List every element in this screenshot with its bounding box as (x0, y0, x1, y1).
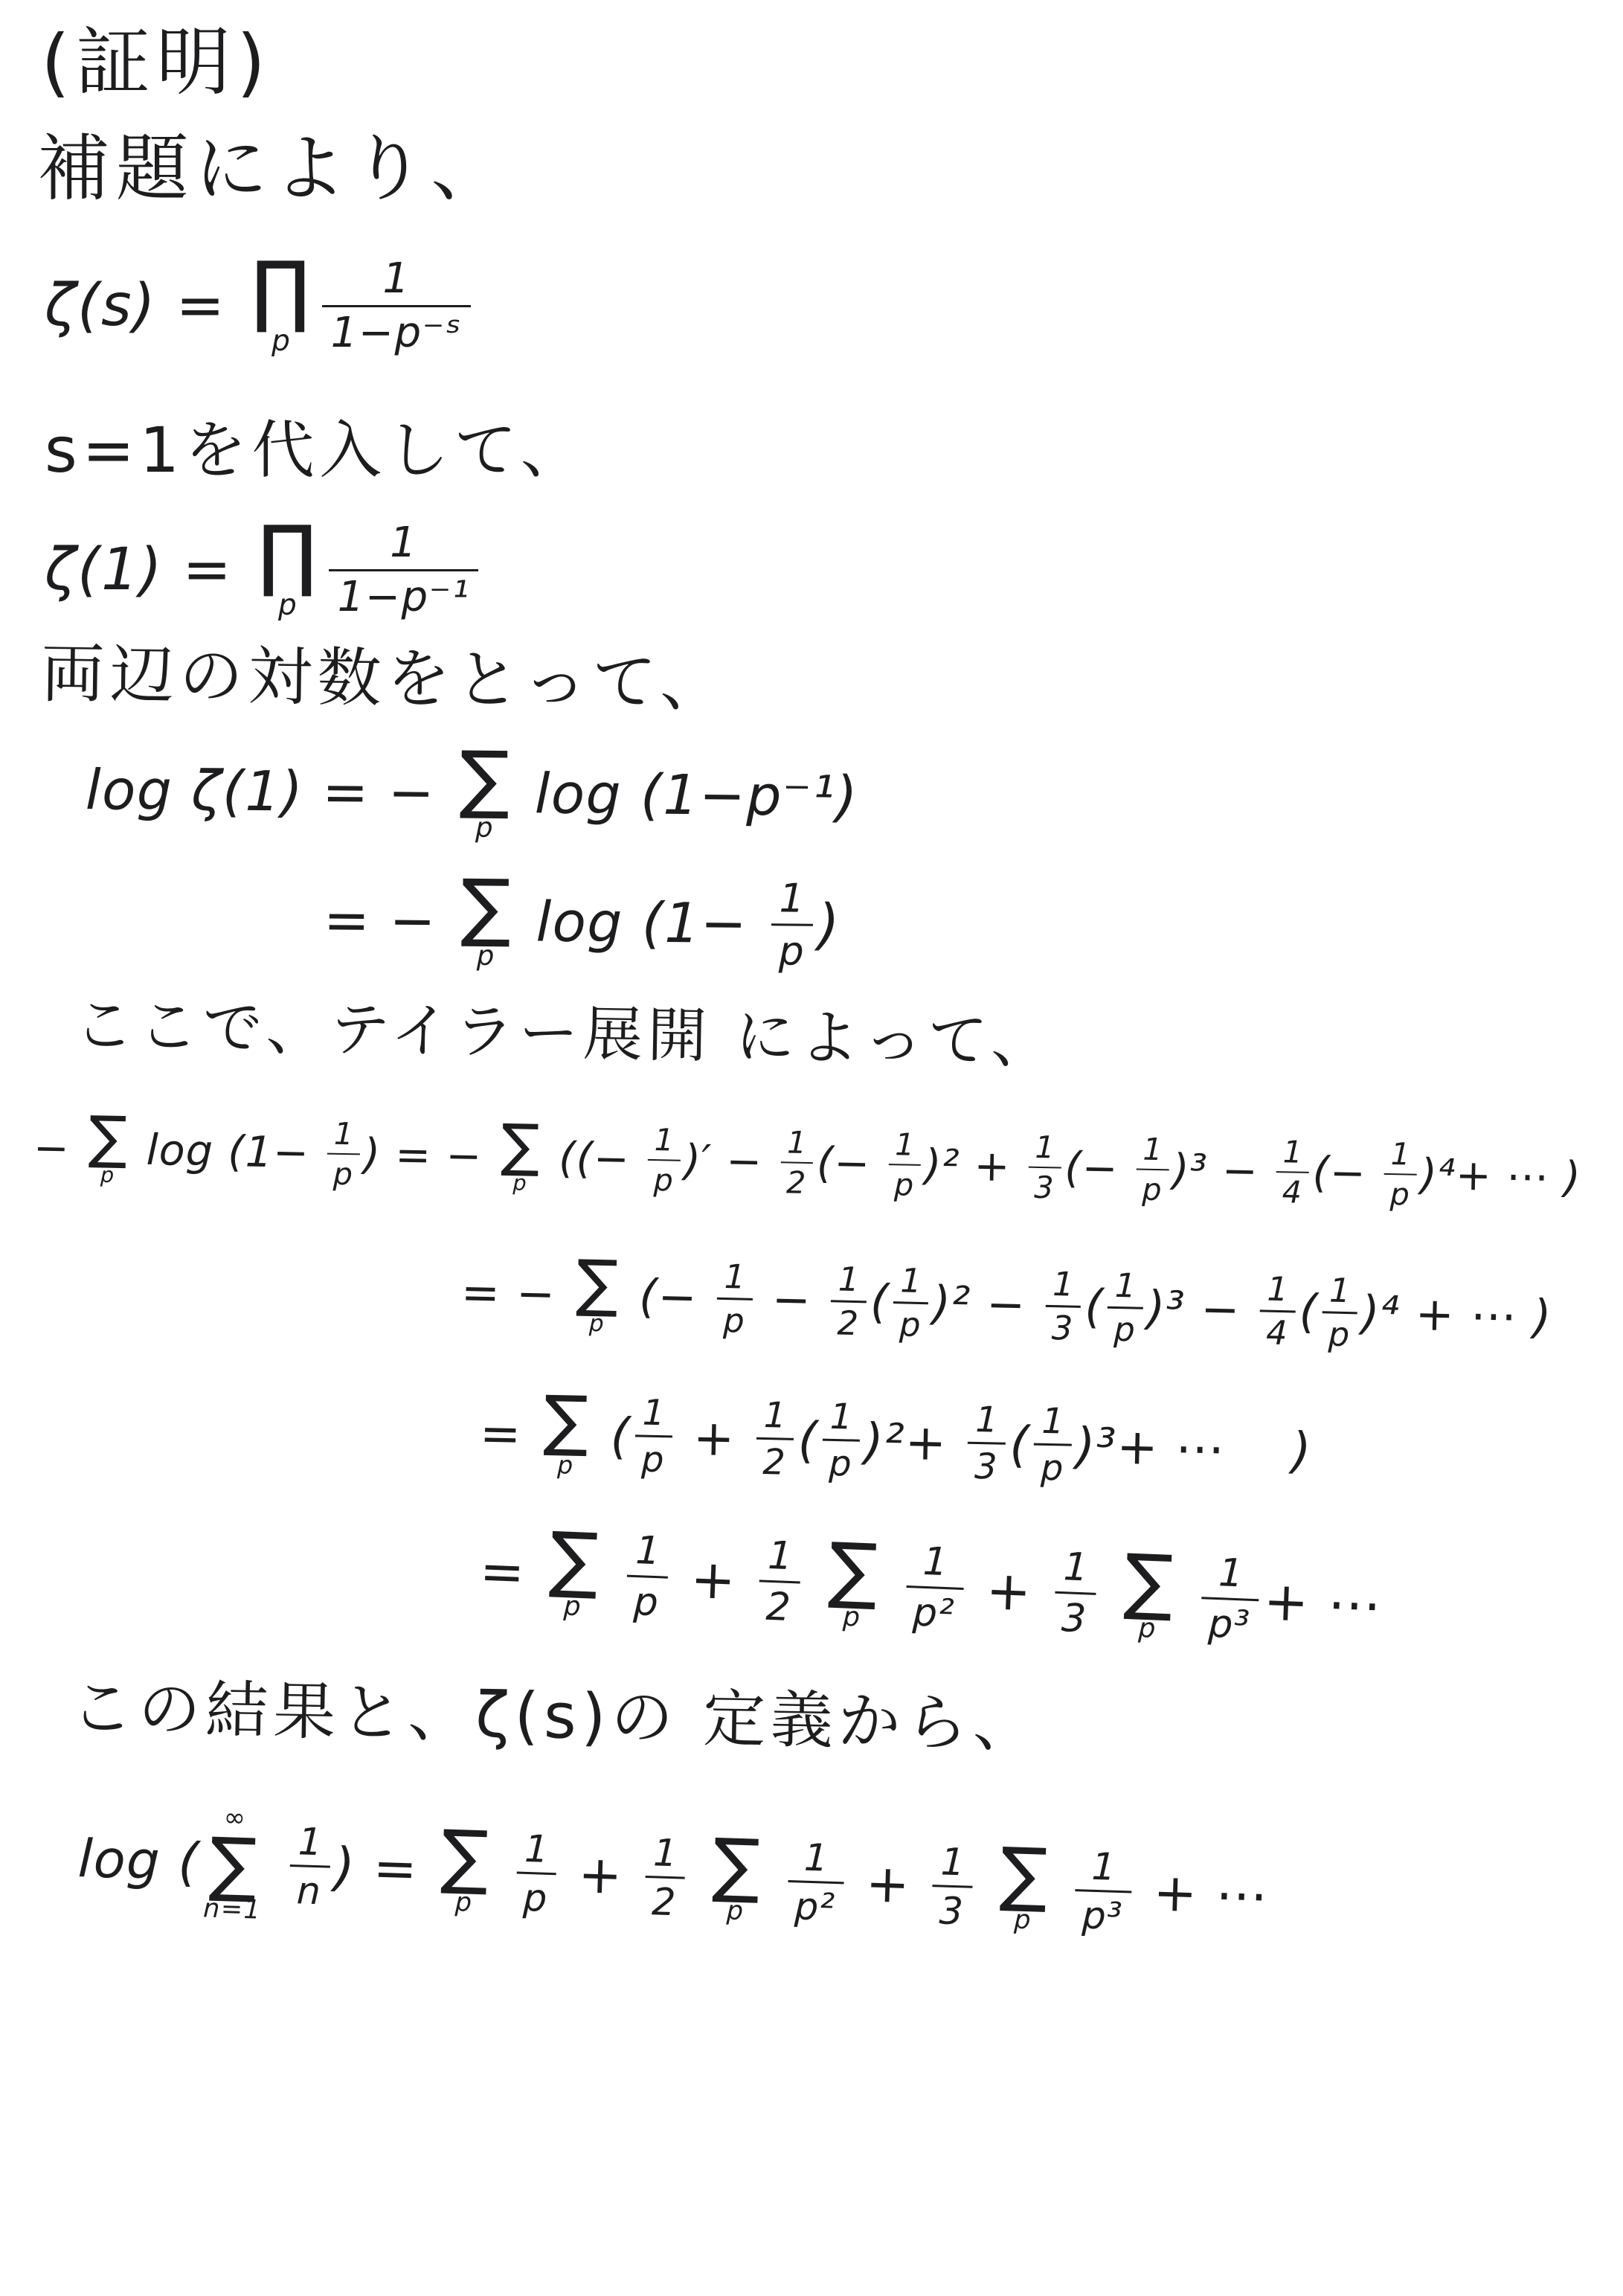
math-text (765, 1853, 784, 1909)
math-text: + (847, 1856, 929, 1914)
fraction: 12 (757, 1537, 802, 1628)
sigma-glyph: ∑ (459, 747, 511, 811)
math-text: (− (1312, 1150, 1381, 1197)
math-text: = − (460, 1268, 572, 1320)
math-text: ( (1009, 1418, 1031, 1472)
fraction-denominator: p (893, 1301, 929, 1342)
fraction-denominator: p (1107, 1306, 1143, 1347)
fraction-numerator: 1 (933, 1843, 974, 1886)
math-text (882, 1557, 902, 1616)
fraction-denominator: p (1383, 1173, 1417, 1210)
sigma-glyph: ∑ (460, 876, 512, 940)
sigma-glyph: ∑ (576, 1257, 620, 1310)
fraction-numerator: 1 (1137, 1135, 1170, 1170)
pi-glyph: ∏ (251, 257, 312, 324)
fraction: 1p (1383, 1139, 1417, 1210)
fraction: 1p (771, 879, 814, 972)
fraction-denominator: p³ (1200, 1597, 1259, 1646)
fraction-denominator: p (771, 923, 813, 971)
math-text: (− (1064, 1145, 1134, 1192)
sum-operator: ∑p (575, 1257, 620, 1336)
math-text: log (1− (517, 893, 766, 955)
fraction-denominator: p (634, 1435, 672, 1478)
math-text: )²+ (864, 1415, 964, 1470)
fraction-denominator: p (1033, 1443, 1072, 1487)
sum-operator: ∑p (711, 1835, 762, 1925)
fraction: 12 (643, 1834, 686, 1923)
math-text: + ⋯ (1262, 1572, 1383, 1635)
math-text: log ζ(1) = − (86, 761, 454, 824)
fraction: 1p² (904, 1542, 965, 1634)
fraction: 1p³ (1200, 1554, 1261, 1646)
math-text: − (33, 1126, 84, 1173)
math-text (603, 1547, 623, 1606)
fraction-numerator: 1 (648, 1125, 681, 1160)
math-text: = (479, 1542, 545, 1603)
notebook-page: (証明)補題により、ζ(s) = ∏p11−p⁻ˢs=1を代入して、ζ(1) =… (0, 0, 1623, 2296)
fraction-numerator: 1 (780, 1128, 814, 1163)
fraction: 12 (830, 1263, 867, 1341)
math-text: ) = (333, 1839, 436, 1899)
math-text (804, 1554, 824, 1613)
fraction: 1p (515, 1830, 557, 1918)
math-text: )⁴ + ⋯ ) (1361, 1289, 1553, 1343)
math-text (689, 1850, 708, 1907)
fraction-numerator: 1 (893, 1264, 930, 1302)
math-text: ( (797, 1414, 819, 1467)
conclusion-note: この結果と、ζ(s)の 定義から、 (70, 1674, 1041, 1758)
fraction: 1p (1107, 1269, 1144, 1347)
fraction-numerator: 1 (717, 1260, 753, 1298)
expansion-line-4: = ∑p 1p + 12 ∑p 1p² + 13 ∑p 1p³+ ⋯ (478, 1525, 1384, 1651)
operator-lower-limit: p (563, 1593, 582, 1620)
fraction-numerator: 1 (1055, 1548, 1097, 1593)
math-text: (− (623, 1272, 713, 1324)
fraction-numerator: 1 (1108, 1269, 1144, 1307)
pi-glyph: ∏ (258, 521, 318, 588)
math-text: ((− (544, 1135, 644, 1183)
sigma-glyph: ∑ (501, 1121, 541, 1170)
math-text: − (756, 1274, 828, 1326)
fraction-numerator: 1 (1384, 1139, 1418, 1174)
fraction: 13 (1044, 1268, 1082, 1346)
fraction-numerator: 1 (645, 1834, 686, 1877)
operator-lower-limit: p (278, 591, 298, 620)
fraction-numerator: 1 (831, 1263, 867, 1301)
sigma-glyph: ∑ (208, 1833, 259, 1894)
fraction-numerator: 1 (1034, 1404, 1073, 1444)
math-text: )′ − (684, 1138, 777, 1186)
fraction: 1p (647, 1125, 681, 1196)
fraction: 14 (1259, 1272, 1296, 1350)
math-text: + (676, 1411, 753, 1465)
math-text: ( (594, 1409, 631, 1463)
fraction: 1p (893, 1264, 930, 1342)
fraction-numerator: 1 (889, 1129, 922, 1164)
fraction-numerator: 1 (327, 1119, 361, 1154)
fraction-numerator: 1 (914, 1543, 957, 1588)
fraction-denominator: 1−p⁻¹ (329, 569, 478, 619)
math-text (1099, 1566, 1119, 1625)
fraction: 13 (1028, 1132, 1061, 1204)
fraction-denominator: 1−p⁻ˢ (322, 305, 470, 355)
fraction-numerator: 1 (635, 1396, 674, 1436)
math-text: log (1− (132, 1127, 324, 1176)
fraction-denominator: 3 (1044, 1305, 1081, 1346)
sum-operator: ∑p (998, 1844, 1050, 1934)
sigma-glyph: ∑ (999, 1844, 1050, 1905)
fraction-denominator: 2 (643, 1876, 684, 1922)
expansion-line-1: − ∑p log (1− 1p) = − ∑p ((− 1p)′ − 12(− … (33, 1112, 1582, 1214)
fraction-denominator: p (327, 1153, 360, 1190)
sum-operator: ∑p (500, 1121, 541, 1194)
fraction-denominator: p³ (1074, 1889, 1131, 1936)
substitute-s-equals-1: s=1を代入して、 (45, 417, 588, 484)
fraction-denominator: p (821, 1439, 860, 1482)
fraction-denominator: n (289, 1864, 330, 1911)
fraction: 1p (821, 1399, 861, 1482)
fraction-numerator: 1 (1046, 1268, 1082, 1306)
math-text: = − (324, 891, 456, 952)
fraction: 1p (1321, 1274, 1358, 1352)
fraction: 12 (755, 1398, 794, 1481)
sum-operator: ∑p (459, 747, 511, 841)
math-text (976, 1859, 995, 1916)
fraction: 1n (289, 1823, 331, 1911)
fraction-numerator: 1 (1322, 1274, 1359, 1312)
sigma-glyph: ∑ (1123, 1550, 1175, 1613)
final-equation: log (∞∑n=1 1n) = ∑p 1p + 12 ∑p 1p² + 13 … (77, 1800, 1271, 1955)
math-text: = (479, 1407, 539, 1461)
log-zeta-line-1: log ζ(1) = − ∑p log (1−p⁻¹) (85, 744, 858, 844)
fraction: 1p (716, 1260, 753, 1338)
fraction-denominator: 3 (1028, 1167, 1061, 1204)
fraction: 1p (327, 1119, 360, 1190)
sum-operator: ∞∑n=1 (203, 1804, 265, 1923)
math-text: )⁴+ ⋯ ) (1420, 1152, 1581, 1202)
sum-operator: ∑p (460, 876, 512, 970)
sum-operator: ∑p (1122, 1550, 1176, 1643)
operator-lower-limit: p (475, 814, 494, 841)
math-text: (− (816, 1141, 885, 1187)
fraction-denominator: p² (786, 1880, 843, 1927)
operator-lower-limit: n=1 (203, 1896, 262, 1923)
math-text: )³ − (1146, 1283, 1256, 1335)
sigma-glyph: ∑ (543, 1393, 590, 1450)
math-text: ( (1084, 1282, 1105, 1333)
fraction: 11−p⁻¹ (329, 522, 478, 619)
sum-operator: ∑p (542, 1393, 590, 1478)
math-text: + (560, 1847, 642, 1905)
fraction-numerator: 1 (374, 258, 419, 305)
operator-lower-limit: p (454, 1890, 473, 1917)
math-text (1052, 1862, 1072, 1918)
operator-lower-limit: p (100, 1165, 115, 1187)
math-text: + (967, 1561, 1051, 1622)
fraction: 1p³ (1074, 1847, 1133, 1936)
fraction: 1p (1033, 1404, 1073, 1487)
fraction-denominator: p² (904, 1585, 964, 1634)
fraction-denominator: p (888, 1164, 922, 1201)
fraction-numerator: 1 (771, 879, 814, 924)
sigma-glyph: ∑ (548, 1528, 600, 1591)
fraction-denominator: p (626, 1575, 668, 1623)
operator-lower-limit: p (1138, 1615, 1157, 1643)
fraction-numerator: 1 (1084, 1847, 1125, 1891)
fraction: 11−p⁻ˢ (322, 258, 470, 355)
sum-operator: ∑p (88, 1113, 129, 1186)
lemma-statement: 補題により、 (37, 130, 510, 209)
math-text: ) = − (363, 1132, 497, 1180)
operator-lower-limit: p (842, 1604, 861, 1632)
sum-operator: ∑p (826, 1539, 880, 1632)
take-log-both-sides: 両辺の対数をとって、 (40, 640, 730, 719)
fraction-denominator: 3 (967, 1442, 1006, 1485)
math-text: )³ − (1172, 1147, 1273, 1195)
expansion-line-2: = − ∑p (− 1p − 12(1p)² − 13(1p)³ − 14(1p… (460, 1254, 1553, 1357)
fraction-denominator: 3 (931, 1885, 972, 1931)
fraction-denominator: 2 (755, 1437, 794, 1481)
fraction: 1p (1136, 1135, 1169, 1206)
sigma-glyph: ∑ (89, 1113, 129, 1162)
expansion-line-3: = ∑p (1p + 12(1p)²+ 13(1p)³+ ⋯ ) (479, 1391, 1313, 1492)
fraction: 1p² (786, 1838, 845, 1927)
operator-lower-limit: p (557, 1452, 574, 1477)
fraction: 12 (780, 1128, 814, 1199)
taylor-expansion-note: ここで、テイラー展開 によって、 (74, 993, 1055, 1074)
product-operator: ∏p (251, 257, 312, 356)
fraction-numerator: 1 (382, 522, 426, 569)
operator-lower-limit: p (589, 1312, 605, 1335)
sigma-glyph: ∑ (712, 1835, 762, 1896)
fraction: 13 (931, 1843, 974, 1931)
proof-header: (証明) (41, 22, 271, 103)
fraction-denominator: p (716, 1298, 753, 1338)
fraction-denominator: 2 (830, 1300, 867, 1341)
operator-lower-limit: p (726, 1898, 745, 1925)
fraction: 14 (1276, 1137, 1309, 1208)
fraction-denominator: p (1321, 1311, 1357, 1352)
product-operator: ∏p (258, 521, 318, 620)
math-text: )³+ ⋯ ) (1076, 1420, 1313, 1478)
math-text: ( (870, 1277, 890, 1328)
operator-lower-limit: p (271, 327, 291, 356)
math-text: ζ(1) = (45, 539, 252, 601)
fraction-numerator: 1 (1260, 1272, 1296, 1310)
math-text: ζ(s) = (45, 275, 245, 337)
sigma-glyph: ∑ (828, 1539, 880, 1602)
operator-lower-limit: p (1014, 1907, 1032, 1934)
fraction-numerator: 1 (759, 1537, 802, 1582)
fraction-numerator: 1 (823, 1399, 861, 1440)
math-text: + ⋯ (1135, 1864, 1270, 1925)
sigma-glyph: ∑ (440, 1827, 491, 1888)
zeta-s-product-formula: ζ(s) = ∏p11−p⁻ˢ (45, 257, 475, 356)
fraction-denominator: 2 (757, 1580, 800, 1628)
math-text: log (1−p⁻¹) (515, 765, 858, 827)
log-zeta-line-2: = − ∑p log (1− 1p) (323, 874, 841, 972)
fraction: 13 (1053, 1548, 1098, 1639)
fraction-numerator: 1 (968, 1402, 1006, 1443)
fraction-numerator: 1 (516, 1830, 557, 1873)
zeta-1-product-formula: ζ(1) = ∏p11−p⁻¹ (45, 521, 483, 620)
fraction-numerator: 1 (1029, 1132, 1062, 1167)
fraction-numerator: 1 (627, 1532, 669, 1577)
fraction-denominator: 2 (780, 1162, 814, 1199)
fraction: 1p (626, 1532, 670, 1623)
fraction-numerator: 1 (756, 1398, 795, 1438)
fraction: 1p (634, 1396, 673, 1478)
math-text (493, 1844, 512, 1901)
fraction-denominator: 4 (1276, 1171, 1309, 1208)
fraction: 13 (967, 1402, 1006, 1485)
math-text: log ( (77, 1831, 201, 1891)
math-text: )² − (932, 1279, 1042, 1331)
sum-operator: ∑p (440, 1827, 491, 1917)
fraction-denominator: p (1136, 1169, 1169, 1206)
fraction: 1p (888, 1129, 922, 1201)
fraction-numerator: 1 (796, 1838, 837, 1882)
sum-operator: ∑p (547, 1528, 601, 1621)
fraction-denominator: 4 (1259, 1309, 1296, 1350)
fraction-denominator: p (647, 1159, 681, 1196)
math-text: ( (1299, 1287, 1319, 1338)
fraction-numerator: 1 (1210, 1554, 1253, 1599)
fraction-denominator: 3 (1053, 1591, 1096, 1639)
fraction-numerator: 1 (290, 1823, 331, 1866)
math-text: ) (817, 896, 841, 955)
operator-lower-limit: p (512, 1173, 527, 1194)
math-text (1177, 1569, 1198, 1628)
math-text: )² + (924, 1143, 1025, 1190)
fraction-numerator: 1 (1276, 1137, 1310, 1172)
fraction-denominator: p (515, 1872, 556, 1918)
math-text (267, 1837, 286, 1893)
math-text: + (672, 1550, 756, 1611)
operator-lower-limit: p (477, 942, 495, 969)
